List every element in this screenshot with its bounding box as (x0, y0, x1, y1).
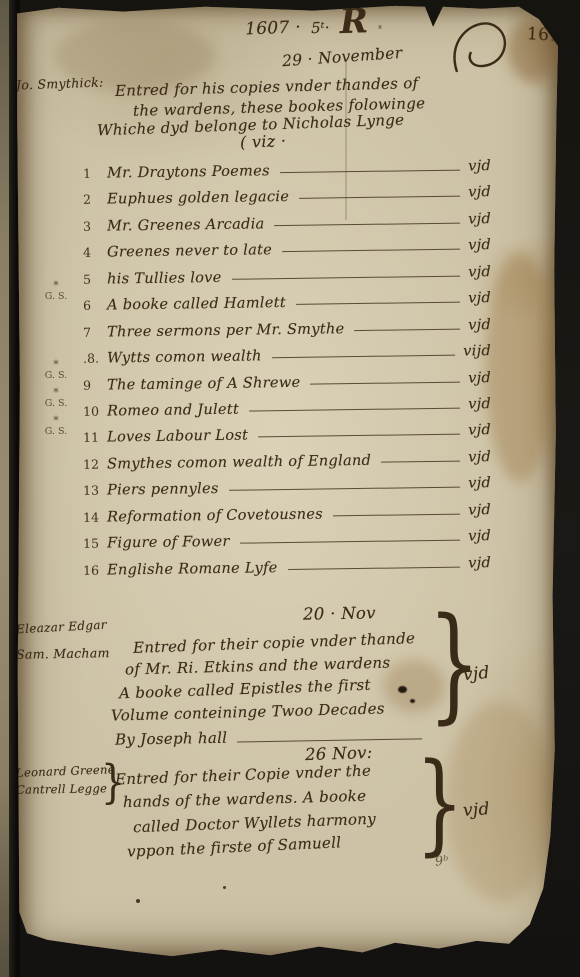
item-number: 6 (83, 298, 107, 313)
entry1-margin-name: Jo. Smythick: (16, 74, 104, 92)
fill-rule (272, 355, 456, 359)
entry-fee: vjd (468, 317, 491, 334)
fill-rule (310, 382, 460, 385)
pen-flourish (445, 14, 531, 86)
fill-rule (333, 514, 460, 517)
monogram-superscript: ˢ (378, 24, 382, 35)
item-number: 3 (83, 219, 107, 234)
entry3-body-line: called Doctor Wyllets harmony (133, 810, 377, 836)
fill-rule (232, 276, 461, 280)
entry-fee: vjd (468, 291, 491, 308)
entry2-fee: vjd (462, 663, 490, 685)
entry-fee: vjd (468, 264, 491, 281)
entry-fee: vjd (468, 185, 491, 202)
entry3-body-line: Entred for their Copie vnder the (115, 762, 372, 789)
entry3-brace: } (416, 739, 464, 866)
entry-fee: vjd (468, 449, 491, 466)
entry2-body-line: A booke called Epistles the first (119, 676, 371, 703)
entry2-body-line: of Mr. Ri. Etkins and the wardens (125, 654, 391, 679)
book-title: Piers pennyles (107, 482, 219, 498)
book-title: Wytts comon wealth (107, 349, 262, 366)
entry-fee: vjd (468, 423, 491, 440)
gs-label: G. S. (45, 398, 67, 409)
fill-rule (249, 408, 460, 412)
year-heading: 1607 · 5ᵗ· R ˢ (245, 8, 383, 40)
item-number: 5 (83, 272, 107, 287)
entry2-body-line: By Joseph hall (115, 725, 423, 748)
fill-rule (282, 249, 460, 252)
book-title: Figure of Fower (107, 535, 230, 551)
entry3-body-line: hands of the wardens. A booke (123, 787, 367, 811)
manuscript-photo: 1607 · 5ᵗ· R ˢ 161 29 · November Jo. Smy… (0, 0, 580, 977)
entry3-fee: vjd (462, 799, 490, 821)
gs-mark: *G. S. (41, 280, 71, 302)
item-number: .8. (83, 351, 107, 366)
fill-rule (240, 540, 461, 544)
item-number: 12 (83, 457, 107, 472)
fill-rule (381, 461, 460, 463)
year-label: 1607 · (245, 18, 302, 40)
folio-number: 161 (526, 24, 560, 46)
fill-rule (299, 196, 460, 199)
quire-mark: 9ᵇ (434, 853, 450, 869)
item-number: 16 (83, 563, 107, 578)
ink-blot (410, 699, 415, 703)
entry-fee: vjd (468, 238, 491, 255)
entry-fee: vjd (468, 159, 491, 176)
item-number: 2 (83, 192, 107, 207)
item-number: 13 (83, 483, 107, 498)
monogram-r: R (339, 8, 368, 36)
item-number: 1 (83, 166, 107, 181)
entry-fee: vjd (468, 397, 491, 414)
gs-label: G. S. (45, 426, 67, 437)
entry-fee: vjd (468, 370, 491, 387)
gs-label: G. S. (45, 291, 67, 302)
entry2-margin-name: Sam. Macham (16, 645, 110, 662)
fill-rule (354, 329, 460, 331)
ink-blot (398, 686, 407, 693)
foxing-speck (223, 886, 226, 889)
entry2-body-line: Entred for their copie vnder thande (133, 629, 416, 657)
stain (485, 252, 555, 482)
entry2-author-line: By Joseph hall (115, 729, 228, 749)
fill-rule (237, 738, 422, 742)
list-item: 16Englishe Romane Lyfevjd (83, 546, 491, 578)
book-list: 1Mr. Draytons Poemesvjd 2Euphues golden … (83, 152, 491, 575)
entry-fee: vjd (468, 211, 491, 228)
item-number: 9 (83, 377, 107, 392)
entry-fee: vjd (468, 476, 491, 493)
entry-fee: vjd (468, 555, 491, 572)
fill-rule (288, 567, 461, 570)
item-number: 15 (83, 536, 107, 551)
item-number: 10 (83, 404, 107, 419)
fill-rule (280, 170, 460, 174)
entry3-margin-name: Cantrell Legge (16, 781, 107, 797)
item-number: 14 (83, 510, 107, 525)
register-page: 1607 · 5ᵗ· R ˢ 161 29 · November Jo. Smy… (15, 2, 558, 960)
item-number: 11 (83, 430, 107, 445)
gs-mark: *G. S. (41, 359, 71, 381)
gs-mark: *G. S. (41, 415, 71, 437)
gs-label: G. S. (45, 370, 67, 381)
entry-fee: vjd (468, 502, 491, 519)
entry2-margin-name: Eleazar Edgar (16, 618, 107, 637)
foxing-speck (136, 899, 140, 903)
fill-rule (258, 434, 460, 438)
item-number: 7 (83, 325, 107, 340)
fill-rule (296, 302, 460, 305)
fill-rule (229, 487, 461, 491)
facing-page-edge (0, 0, 9, 977)
entry-fee: vjd (468, 529, 491, 546)
entry2-body-line: Volume conteininge Twoo Decades (111, 699, 385, 724)
gs-mark: *G. S. (41, 387, 71, 409)
entry-fee: vijd (463, 344, 491, 361)
entry3-body-line: vppon the firste of Samuell (127, 833, 342, 860)
fill-rule (275, 223, 461, 227)
book-title: Englishe Romane Lyfe (107, 561, 278, 578)
viz-label: ( viz · (240, 131, 287, 152)
item-number: 4 (83, 245, 107, 260)
regnal-label: 5ᵗ· (311, 19, 331, 38)
entry1-date: 29 · November (282, 44, 403, 70)
entry2-date: 20 · Nov (303, 603, 376, 623)
